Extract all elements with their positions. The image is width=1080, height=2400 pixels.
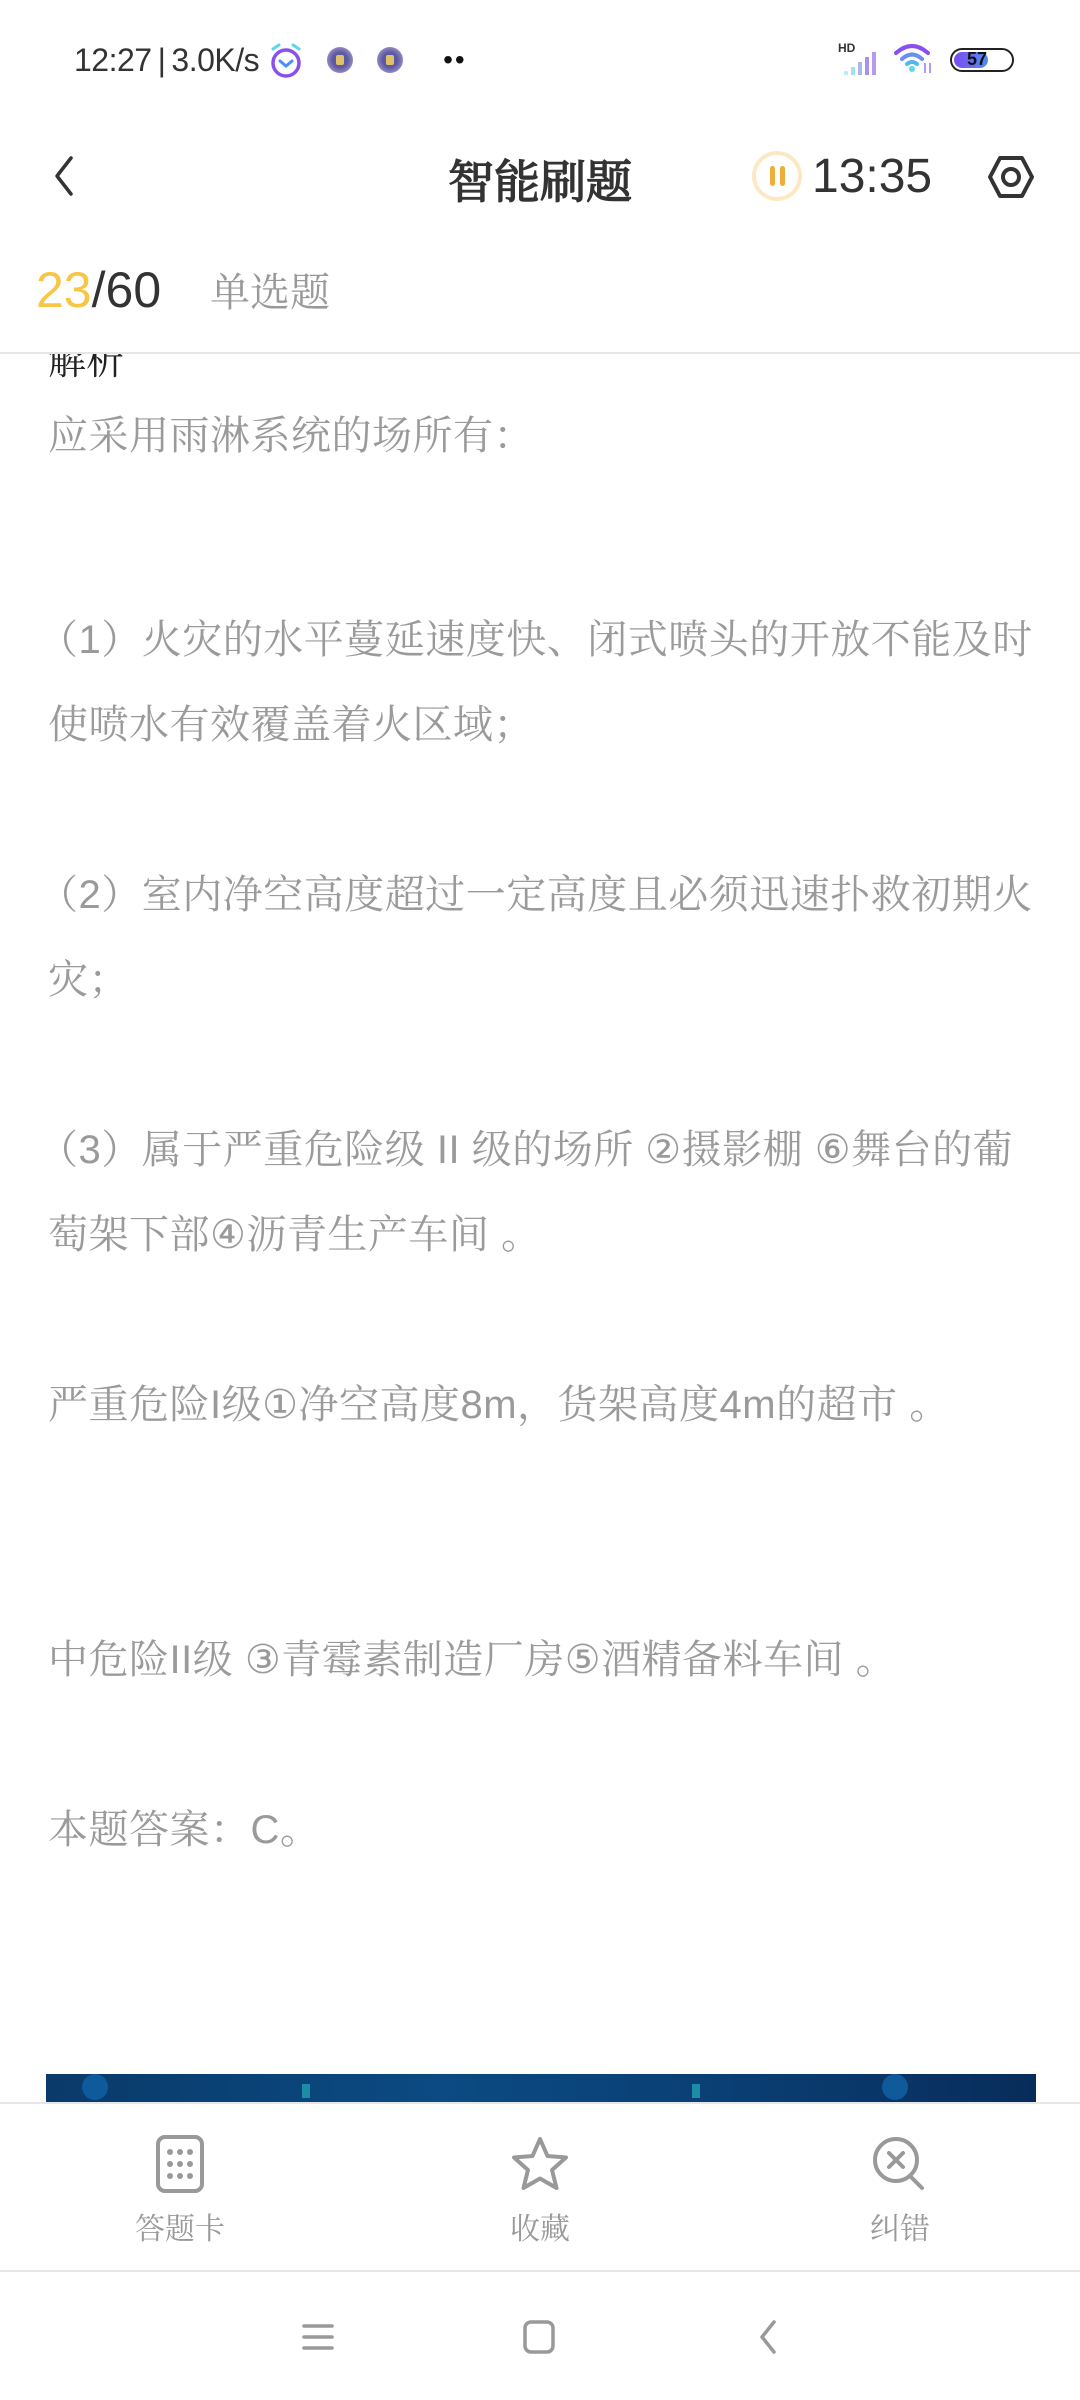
battery-icon: 57: [950, 48, 1014, 72]
explanation-paragraph: （2）室内净空高度超过一定高度且必须迅速扑救初期火灾；: [48, 853, 1033, 1023]
notification-badge-icon: [327, 47, 353, 73]
status-bar-right: HD 57: [838, 40, 1014, 80]
total-questions: 60: [106, 262, 162, 318]
back-icon: [757, 2319, 779, 2355]
decorative-dot: [302, 2084, 310, 2098]
notification-badge-icon: [377, 47, 403, 73]
wifi-icon: [892, 41, 936, 80]
answer-card-icon: [148, 2132, 212, 2196]
answer-card-label: 答题卡: [135, 2204, 225, 2248]
bottom-toolbar: 答题卡 收藏 纠错: [0, 2102, 1080, 2272]
system-back-button[interactable]: [738, 2312, 798, 2362]
clock: 12:27: [74, 42, 152, 79]
home-icon: [522, 2319, 556, 2355]
decorative-glow: [882, 2074, 908, 2100]
ad-banner[interactable]: [46, 2074, 1036, 2102]
pause-button[interactable]: [752, 151, 802, 201]
settings-hex-icon: [987, 155, 1035, 199]
timer-value: 13:35: [812, 149, 932, 204]
question-type: 单选题: [210, 268, 330, 318]
pause-icon: [770, 166, 775, 186]
app-header: 智能刷题 13:35: [0, 120, 1080, 232]
pause-icon: [780, 166, 785, 186]
system-nav-bar: [0, 2272, 1080, 2400]
alarm-icon: [269, 43, 303, 77]
more-dots-icon: ••: [443, 46, 467, 74]
signal-icon: HD: [838, 43, 878, 77]
section-heading: 解析: [48, 354, 124, 386]
settings-button[interactable]: [986, 152, 1036, 202]
status-bar: 12:27 | 3.0K/s •• HD: [0, 0, 1080, 120]
favorite-button[interactable]: 收藏: [460, 2132, 620, 2252]
star-icon: [508, 2132, 572, 2196]
question-progress-bar: 23/60 单选题: [0, 232, 1080, 354]
current-question: 23: [36, 262, 92, 318]
question-counter: 23/60: [36, 260, 161, 320]
answer-text: 本题答案：C。: [48, 1788, 1033, 1873]
report-error-icon: [868, 2132, 932, 2196]
favorite-label: 收藏: [510, 2204, 570, 2248]
answer-card-button[interactable]: 答题卡: [100, 2132, 260, 2252]
explanation-content[interactable]: 解析 应采用雨淋系统的场所有： （1）火灾的水平蔓延速度快、闭式喷头的开放不能及…: [0, 354, 1080, 2102]
menu-icon: [302, 2321, 334, 2353]
report-error-label: 纠错: [870, 2204, 930, 2248]
explanation-paragraph: 严重危险I级①净空高度8m，货架高度4m的超市 。: [48, 1363, 1033, 1448]
battery-level: 57: [952, 49, 1002, 70]
separator: |: [158, 42, 166, 79]
explanation-paragraph: 应采用雨淋系统的场所有：: [48, 394, 1033, 479]
explanation-paragraph: （3）属于严重危险级 II 级的场所 ②摄影棚 ⑥舞台的葡萄架下部④沥青生产车间…: [48, 1108, 1033, 1278]
home-button[interactable]: [509, 2312, 569, 2362]
network-speed: 3.0K/s: [171, 42, 259, 79]
recent-apps-button[interactable]: [288, 2312, 348, 2362]
explanation-paragraph: （1）火灾的水平蔓延速度快、闭式喷头的开放不能及时使喷水有效覆盖着火区域；: [48, 598, 1033, 768]
report-error-button[interactable]: 纠错: [820, 2132, 980, 2252]
decorative-glow: [82, 2074, 108, 2100]
counter-separator: /: [92, 262, 106, 318]
decorative-dot: [692, 2084, 700, 2098]
explanation-paragraph: 中危险II级 ③青霉素制造厂房⑤酒精备料车间 。: [48, 1618, 1033, 1703]
timer: 13:35: [752, 148, 932, 204]
status-bar-left: 12:27 | 3.0K/s ••: [74, 38, 467, 82]
